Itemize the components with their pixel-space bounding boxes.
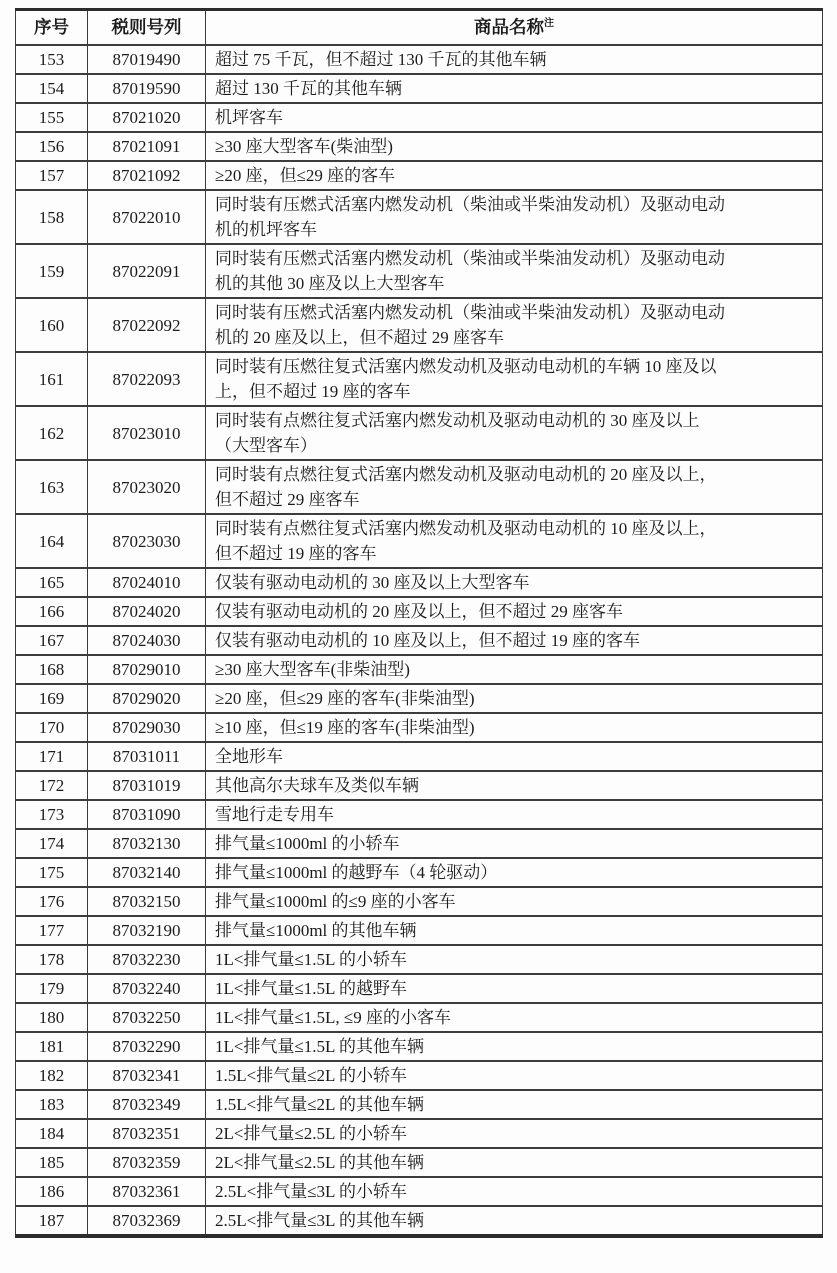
cell-product-name: 1.5L<排气量≤2L 的其他车辆 (206, 1090, 823, 1119)
cell-serial-number: 184 (16, 1119, 88, 1148)
table-row: 154 87019590 超过 130 千瓦的其他车辆 (16, 74, 823, 103)
cell-tariff-code: 87032290 (88, 1032, 206, 1061)
cell-product-name: 2.5L<排气量≤3L 的其他车辆 (206, 1206, 823, 1236)
cell-serial-number: 168 (16, 655, 88, 684)
cell-serial-number: 155 (16, 103, 88, 132)
cell-tariff-code: 87029010 (88, 655, 206, 684)
cell-serial-number: 178 (16, 945, 88, 974)
table-row: 187 87032369 2.5L<排气量≤3L 的其他车辆 (16, 1206, 823, 1236)
cell-serial-number: 185 (16, 1148, 88, 1177)
table-row: 161 87022093 同时装有压燃往复式活塞内燃发动机及驱动电动机的车辆 1… (16, 352, 823, 406)
cell-product-name: 同时装有点燃往复式活塞内燃发动机及驱动电动机的 20 座及以上， 但不超过 29… (206, 460, 823, 514)
table-row: 176 87032150 排气量≤1000ml 的≤9 座的小客车 (16, 887, 823, 916)
table-row: 163 87023020 同时装有点燃往复式活塞内燃发动机及驱动电动机的 20 … (16, 460, 823, 514)
table-row: 164 87023030 同时装有点燃往复式活塞内燃发动机及驱动电动机的 10 … (16, 514, 823, 568)
cell-tariff-code: 87019490 (88, 45, 206, 74)
cell-product-name: 排气量≤1000ml 的越野车（4 轮驱动） (206, 858, 823, 887)
table-header-row: 序号 税则号列 商品名称注 (16, 10, 823, 46)
cell-tariff-code: 87023030 (88, 514, 206, 568)
header-cell-name: 商品名称注 (206, 10, 823, 46)
cell-product-name: ≥30 座大型客车(非柴油型) (206, 655, 823, 684)
cell-product-name: ≥30 座大型客车(柴油型) (206, 132, 823, 161)
cell-serial-number: 176 (16, 887, 88, 916)
cell-tariff-code: 87021092 (88, 161, 206, 190)
cell-product-name: 1.5L<排气量≤2L 的小轿车 (206, 1061, 823, 1090)
header-index-label: 序号 (34, 17, 69, 37)
cell-tariff-code: 87021020 (88, 103, 206, 132)
cell-product-name: 同时装有点燃往复式活塞内燃发动机及驱动电动机的 10 座及以上， 但不超过 19… (206, 514, 823, 568)
cell-serial-number: 154 (16, 74, 88, 103)
header-cell-index: 序号 (16, 10, 88, 46)
table-row: 172 87031019 其他高尔夫球车及类似车辆 (16, 771, 823, 800)
cell-tariff-code: 87024030 (88, 626, 206, 655)
cell-product-name: 2.5L<排气量≤3L 的小轿车 (206, 1177, 823, 1206)
cell-product-name: ≥20 座，但≤29 座的客车(非柴油型) (206, 684, 823, 713)
cell-serial-number: 182 (16, 1061, 88, 1090)
cell-serial-number: 186 (16, 1177, 88, 1206)
cell-tariff-code: 87032361 (88, 1177, 206, 1206)
table-row: 184 87032351 2L<排气量≤2.5L 的小轿车 (16, 1119, 823, 1148)
table-row: 162 87023010 同时装有点燃往复式活塞内燃发动机及驱动电动机的 30 … (16, 406, 823, 460)
table-row: 182 87032341 1.5L<排气量≤2L 的小轿车 (16, 1061, 823, 1090)
table-row: 170 87029030 ≥10 座，但≤19 座的客车(非柴油型) (16, 713, 823, 742)
cell-serial-number: 166 (16, 597, 88, 626)
cell-serial-number: 173 (16, 800, 88, 829)
cell-serial-number: 169 (16, 684, 88, 713)
cell-tariff-code: 87023020 (88, 460, 206, 514)
header-code-label: 税则号列 (112, 17, 182, 37)
cell-tariff-code: 87029030 (88, 713, 206, 742)
table-row: 153 87019490 超过 75 千瓦，但不超过 130 千瓦的其他车辆 (16, 45, 823, 74)
cell-product-name: 排气量≤1000ml 的小轿车 (206, 829, 823, 858)
cell-product-name: 2L<排气量≤2.5L 的小轿车 (206, 1119, 823, 1148)
cell-serial-number: 165 (16, 568, 88, 597)
cell-tariff-code: 87019590 (88, 74, 206, 103)
cell-product-name: 仅装有驱动电动机的 20 座及以上，但不超过 29 座客车 (206, 597, 823, 626)
cell-serial-number: 171 (16, 742, 88, 771)
cell-tariff-code: 87023010 (88, 406, 206, 460)
cell-product-name: 1L<排气量≤1.5L 的小轿车 (206, 945, 823, 974)
cell-tariff-code: 87024010 (88, 568, 206, 597)
cell-product-name: 超过 130 千瓦的其他车辆 (206, 74, 823, 103)
table-row: 167 87024030 仅装有驱动电动机的 10 座及以上，但不超过 19 座… (16, 626, 823, 655)
table-row: 168 87029010 ≥30 座大型客车(非柴油型) (16, 655, 823, 684)
table-row: 181 87032290 1L<排气量≤1.5L 的其他车辆 (16, 1032, 823, 1061)
cell-tariff-code: 87032250 (88, 1003, 206, 1032)
cell-tariff-code: 87032240 (88, 974, 206, 1003)
table-row: 157 87021092 ≥20 座，但≤29 座的客车 (16, 161, 823, 190)
cell-tariff-code: 87032351 (88, 1119, 206, 1148)
table-row: 177 87032190 排气量≤1000ml 的其他车辆 (16, 916, 823, 945)
table-row: 155 87021020 机坪客车 (16, 103, 823, 132)
cell-serial-number: 183 (16, 1090, 88, 1119)
cell-product-name: 仅装有驱动电动机的 30 座及以上大型客车 (206, 568, 823, 597)
cell-serial-number: 170 (16, 713, 88, 742)
header-name-label: 商品名称 (474, 17, 544, 37)
cell-serial-number: 164 (16, 514, 88, 568)
table-row: 173 87031090 雪地行走专用车 (16, 800, 823, 829)
table-row: 156 87021091 ≥30 座大型客车(柴油型) (16, 132, 823, 161)
table-row: 166 87024020 仅装有驱动电动机的 20 座及以上，但不超过 29 座… (16, 597, 823, 626)
cell-product-name: 其他高尔夫球车及类似车辆 (206, 771, 823, 800)
cell-product-name: 机坪客车 (206, 103, 823, 132)
cell-tariff-code: 87032150 (88, 887, 206, 916)
table-row: 185 87032359 2L<排气量≤2.5L 的其他车辆 (16, 1148, 823, 1177)
cell-tariff-code: 87031019 (88, 771, 206, 800)
cell-product-name: 同时装有压燃式活塞内燃发动机（柴油或半柴油发动机）及驱动电动 机的机坪客车 (206, 190, 823, 244)
cell-serial-number: 161 (16, 352, 88, 406)
table-row: 169 87029020 ≥20 座，但≤29 座的客车(非柴油型) (16, 684, 823, 713)
page: 序号 税则号列 商品名称注 153 87019490 超过 75 千瓦，但不超过… (0, 0, 837, 1244)
cell-serial-number: 187 (16, 1206, 88, 1236)
cell-serial-number: 158 (16, 190, 88, 244)
cell-serial-number: 181 (16, 1032, 88, 1061)
cell-product-name: 同时装有压燃式活塞内燃发动机（柴油或半柴油发动机）及驱动电动 机的其他 30 座… (206, 244, 823, 298)
cell-tariff-code: 87022091 (88, 244, 206, 298)
cell-serial-number: 167 (16, 626, 88, 655)
cell-tariff-code: 87022093 (88, 352, 206, 406)
cell-serial-number: 180 (16, 1003, 88, 1032)
cell-serial-number: 157 (16, 161, 88, 190)
cell-product-name: ≥20 座，但≤29 座的客车 (206, 161, 823, 190)
table-row: 158 87022010 同时装有压燃式活塞内燃发动机（柴油或半柴油发动机）及驱… (16, 190, 823, 244)
cell-product-name: 雪地行走专用车 (206, 800, 823, 829)
cell-product-name: 2L<排气量≤2.5L 的其他车辆 (206, 1148, 823, 1177)
cell-tariff-code: 87032130 (88, 829, 206, 858)
cell-product-name: 排气量≤1000ml 的其他车辆 (206, 916, 823, 945)
table-row: 178 87032230 1L<排气量≤1.5L 的小轿车 (16, 945, 823, 974)
cell-serial-number: 160 (16, 298, 88, 352)
cell-tariff-code: 87032359 (88, 1148, 206, 1177)
cell-product-name: 同时装有压燃往复式活塞内燃发动机及驱动电动机的车辆 10 座及以 上，但不超过 … (206, 352, 823, 406)
product-name-superscript: 注 (544, 18, 554, 29)
cell-serial-number: 159 (16, 244, 88, 298)
cell-serial-number: 175 (16, 858, 88, 887)
cell-tariff-code: 87032190 (88, 916, 206, 945)
cell-product-name: 1L<排气量≤1.5L, ≤9 座的小客车 (206, 1003, 823, 1032)
table-row: 186 87032361 2.5L<排气量≤3L 的小轿车 (16, 1177, 823, 1206)
cell-tariff-code: 87032341 (88, 1061, 206, 1090)
cell-product-name: 超过 75 千瓦，但不超过 130 千瓦的其他车辆 (206, 45, 823, 74)
cell-product-name: ≥10 座，但≤19 座的客车(非柴油型) (206, 713, 823, 742)
table-row: 175 87032140 排气量≤1000ml 的越野车（4 轮驱动） (16, 858, 823, 887)
cell-serial-number: 179 (16, 974, 88, 1003)
cell-tariff-code: 87032140 (88, 858, 206, 887)
cell-tariff-code: 87031090 (88, 800, 206, 829)
cell-tariff-code: 87029020 (88, 684, 206, 713)
cell-serial-number: 156 (16, 132, 88, 161)
cell-tariff-code: 87032230 (88, 945, 206, 974)
cell-serial-number: 153 (16, 45, 88, 74)
cell-tariff-code: 87022010 (88, 190, 206, 244)
cell-product-name: 1L<排气量≤1.5L 的其他车辆 (206, 1032, 823, 1061)
cell-tariff-code: 87022092 (88, 298, 206, 352)
cell-serial-number: 162 (16, 406, 88, 460)
cell-product-name: 全地形车 (206, 742, 823, 771)
cell-tariff-code: 87032349 (88, 1090, 206, 1119)
cell-tariff-code: 87021091 (88, 132, 206, 161)
cell-serial-number: 163 (16, 460, 88, 514)
header-cell-code: 税则号列 (88, 10, 206, 46)
table-row: 160 87022092 同时装有压燃式活塞内燃发动机（柴油或半柴油发动机）及驱… (16, 298, 823, 352)
table-row: 183 87032349 1.5L<排气量≤2L 的其他车辆 (16, 1090, 823, 1119)
cell-tariff-code: 87031011 (88, 742, 206, 771)
table-row: 174 87032130 排气量≤1000ml 的小轿车 (16, 829, 823, 858)
cell-serial-number: 174 (16, 829, 88, 858)
table-row: 165 87024010 仅装有驱动电动机的 30 座及以上大型客车 (16, 568, 823, 597)
cell-product-name: 仅装有驱动电动机的 10 座及以上，但不超过 19 座的客车 (206, 626, 823, 655)
table-row: 180 87032250 1L<排气量≤1.5L, ≤9 座的小客车 (16, 1003, 823, 1032)
cell-serial-number: 172 (16, 771, 88, 800)
table-row: 171 87031011 全地形车 (16, 742, 823, 771)
cell-product-name: 同时装有压燃式活塞内燃发动机（柴油或半柴油发动机）及驱动电动 机的 20 座及以… (206, 298, 823, 352)
tariff-table: 序号 税则号列 商品名称注 153 87019490 超过 75 千瓦，但不超过… (15, 8, 823, 1238)
cell-tariff-code: 87032369 (88, 1206, 206, 1236)
cell-product-name: 排气量≤1000ml 的≤9 座的小客车 (206, 887, 823, 916)
table-row: 159 87022091 同时装有压燃式活塞内燃发动机（柴油或半柴油发动机）及驱… (16, 244, 823, 298)
cell-serial-number: 177 (16, 916, 88, 945)
cell-product-name: 1L<排气量≤1.5L 的越野车 (206, 974, 823, 1003)
table-row: 179 87032240 1L<排气量≤1.5L 的越野车 (16, 974, 823, 1003)
cell-product-name: 同时装有点燃往复式活塞内燃发动机及驱动电动机的 30 座及以上 （大型客车） (206, 406, 823, 460)
cell-tariff-code: 87024020 (88, 597, 206, 626)
